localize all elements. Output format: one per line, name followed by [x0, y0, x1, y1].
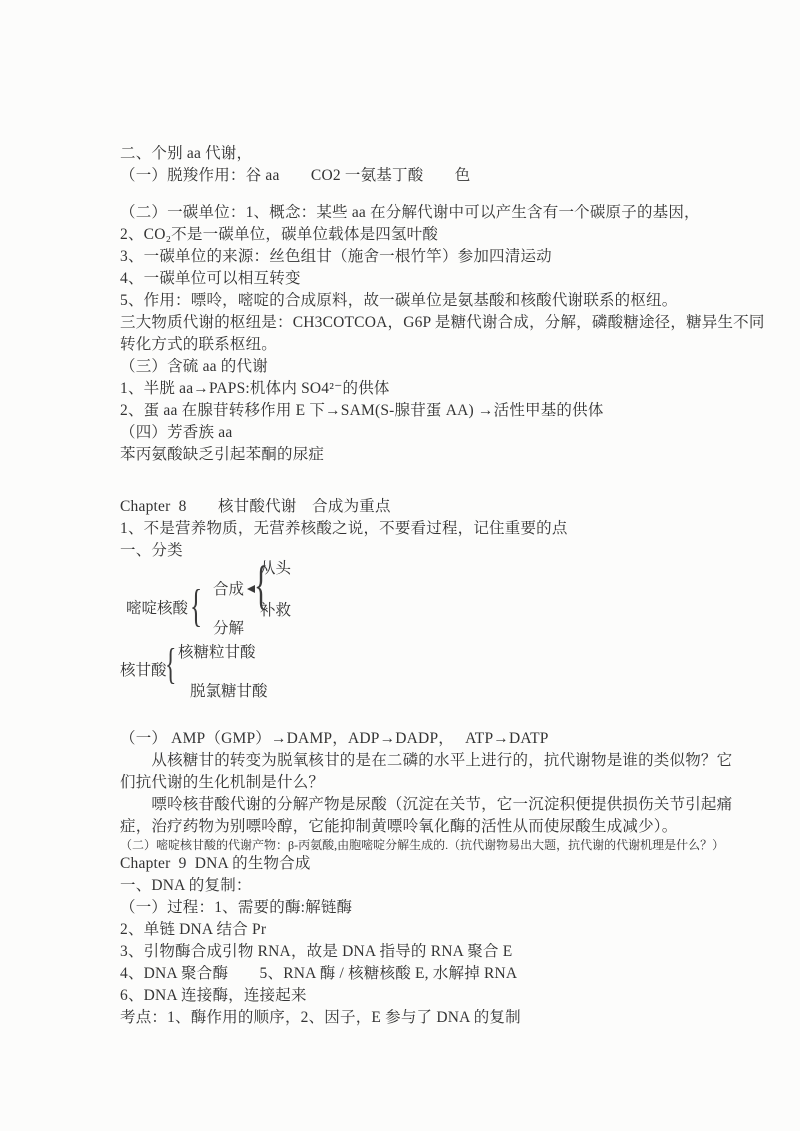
- section-aa-title: 二、个别 aa 代谢，: [120, 143, 720, 165]
- text-line-dna-replication: 一、DNA 的复制：: [120, 875, 720, 897]
- degradation-label: 分解: [213, 620, 244, 637]
- text-line-co2-not-one-carbon: 2、CO₂不是一碳单位，碳单位载体是四氢叶酸: [120, 224, 720, 246]
- classification-diagram: 从头 合成 补救 嘧啶核酸 分解 核糖粒甘酸 核甘酸 脱氯糖甘酸: [120, 562, 720, 728]
- text-line-uric-acid: 嘌呤核苷酸代谢的分解产物是尿酸（沉淀在关节，它一沉淀积便提供损伤关节引起痛: [120, 794, 720, 816]
- text-line-one-carbon-function: 5、作用：嘌呤，嘧啶的合成原料，故一碳单位是氨基酸和核酸代谢联系的枢纽。: [120, 290, 720, 312]
- text-line-one-carbon-interconvert: 4、一碳单位可以相互转变: [120, 268, 720, 290]
- brace-icon: [190, 581, 202, 631]
- text-line-ligase: 6、DNA 连接酶，连接起来: [120, 985, 720, 1007]
- text-line-pyrimidine-note: （二）嘧啶核甘酸的代谢产物：β-丙氨酸,由胞嘧啶分解生成的.（抗代谢物易出大题，…: [120, 838, 720, 853]
- document-page: 二、个别 aa 代谢， （一）脱羧作用：谷 aa CO2 一氨基丁酸 色 （二）…: [0, 0, 800, 1131]
- text-line-phenylketonuria: 苯丙氨酸缺乏引起苯酮的尿症: [120, 444, 720, 466]
- text-line-decarboxylation: （一）脱羧作用：谷 aa CO2 一氨基丁酸 色: [120, 165, 720, 187]
- text-line-ribose-question-cont: 们抗代谢的生化机制是什么？: [120, 772, 720, 794]
- chapter-9-heading: Chapter 9 DNA 的生物合成: [120, 853, 720, 875]
- text-line-sam: 2、蛋 aa 在腺苷转移作用 E 下→SAM(S-腺苷蛋 AA) →活性甲基的供…: [120, 400, 720, 422]
- text-line-aromatic-aa-title: （四）芳香族 aa: [120, 422, 720, 444]
- nucleotide-label: 核甘酸: [120, 662, 167, 679]
- pyrimidine-nucleotide-label: 嘧啶核酸: [126, 600, 188, 617]
- text-line-paps: 1、半胱 aa→PAPS:机体内 SO4²⁻的供体: [120, 378, 720, 400]
- text-line-polymerase: 4、DNA 聚合酶 5、RNA 酶 / 核糖核酸 E, 水解掉 RNA: [120, 963, 720, 985]
- text-line-one-carbon-source: 3、一碳单位的来源：丝色组甘（施舍一根竹竿）参加四清运动: [120, 246, 720, 268]
- text-line-primase: 3、引物酶合成引物 RNA，故是 DNA 指导的 RNA 聚合 E: [120, 941, 720, 963]
- text-line-sulfur-aa-title: （三）含硫 aa 的代谢: [120, 356, 720, 378]
- classification-label: 一、分类: [120, 540, 720, 562]
- text-line-helicase: （一）过程：1、需要的酶:解链酶: [120, 897, 720, 919]
- text-line-ssb-protein: 2、单链 DNA 结合 Pr: [120, 919, 720, 941]
- text-line-metabolic-hub-cont: 转化方式的联系枢纽。: [120, 334, 720, 356]
- salvage-label: 补救: [260, 602, 291, 619]
- document-content: 二、个别 aa 代谢， （一）脱羧作用：谷 aa CO2 一氨基丁酸 色 （二）…: [120, 143, 720, 1029]
- synthesis-label: 合成: [213, 581, 244, 598]
- text-line-exam-points: 考点：1、酶作用的顺序，2、因子，E 参与了 DNA 的复制: [120, 1007, 720, 1029]
- deoxyribonucleotide-label: 脱氯糖甘酸: [190, 683, 268, 700]
- chapter-8-intro: 1、不是营养物质，无营养核酸之说，不要看过程，记住重要的点: [120, 518, 720, 540]
- text-line-one-carbon-concept: （二）一碳单位：1、概念：某些 aa 在分解代谢中可以产生含有一个碳原子的基因，: [120, 202, 720, 224]
- ribonucleotide-label: 核糖粒甘酸: [178, 644, 256, 661]
- text-line-uric-acid-cont: 症，治疗药物为别嘌呤醇，它能抑制黄嘌呤氧化酶的活性从而使尿酸生成减少）。: [120, 816, 720, 838]
- text-line-amp-damp: （一） AMP（GMP）→DAMP，ADP→DADP， ATP→DATP: [120, 728, 720, 750]
- text-line-metabolic-hub: 三大物质代谢的枢纽是：CH3COTCOA，G6P 是糖代谢合成，分解，磷酸糖途径…: [120, 312, 720, 334]
- text-line-ribose-question: 从核糖甘的转变为脱氧核甘的是在二磷的水平上进行的，抗代谢物是谁的类似物？它: [120, 750, 720, 772]
- chapter-8-heading: Chapter 8 核甘酸代谢 合成为重点: [120, 496, 720, 518]
